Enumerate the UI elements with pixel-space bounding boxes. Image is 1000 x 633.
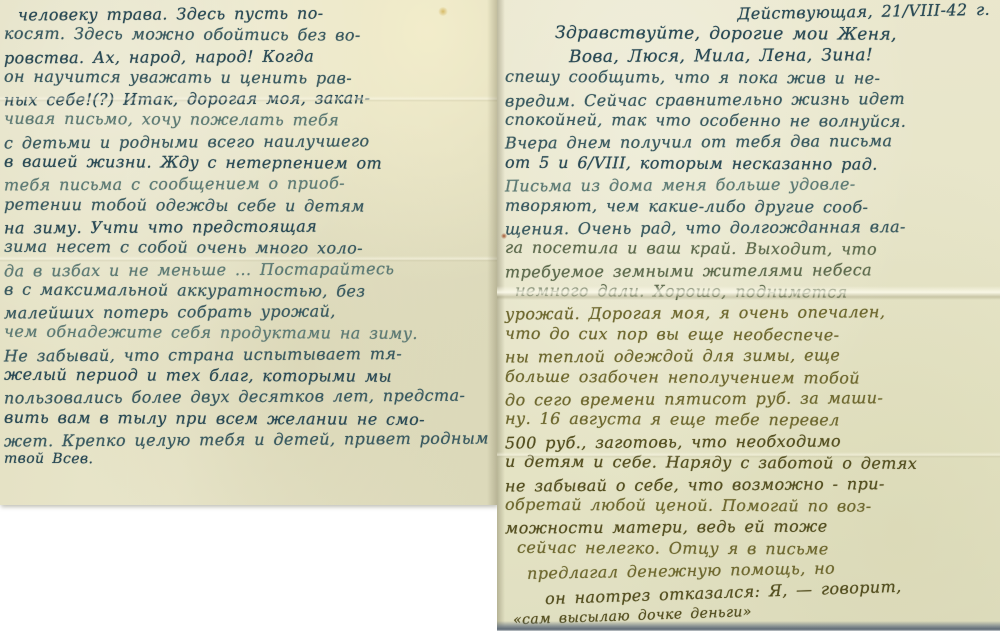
letter-line: Вова, Люся, Мила, Лена, Зина! <box>505 44 996 68</box>
right-page-text: Действующая, 21/VIII-42 г.Здравствуйте, … <box>497 0 1000 623</box>
left-page-text: человеку трава. Здесь пусть по-косят. Зд… <box>0 0 497 472</box>
letter-line: урожай. Дорогая моя, я очень опечален, <box>505 301 996 325</box>
letter-line: ны теплой одеждой для зимы, еще <box>505 344 996 368</box>
letter-line: можности матери, ведь ей тоже <box>505 515 996 539</box>
letter-line: жет. Крепко целую тебя и детей, привет р… <box>4 427 495 451</box>
letter-left-page: человеку трава. Здесь пусть по-косят. Зд… <box>0 0 497 505</box>
letter-line: 500 руб., заготовь, что необходимо <box>505 429 996 453</box>
letter-line: вредим. Сейчас сравнительно жизнь идет <box>505 87 996 111</box>
letter-line: тебя письма с сообщением о приоб- <box>4 172 495 196</box>
letter-line: чивая письмо, хочу пожелать тебя <box>4 108 495 132</box>
paper-stain <box>501 233 507 239</box>
letter-line: в с максимальной аккуратностью, без <box>4 279 495 303</box>
paper-crease <box>0 96 497 102</box>
letter-line: пользовались более двух десятков лет, пр… <box>4 385 495 409</box>
letter-line: спешу сообщить, что я пока жив и не- <box>505 66 996 90</box>
letter-line: га посетила и ваш край. Выходит, что <box>505 237 996 261</box>
letter-line: твой Всев. <box>4 449 495 473</box>
letter-line: Не забывай, что страна испытывает тя- <box>4 342 495 366</box>
fold-crease <box>497 286 1000 300</box>
letter-line: с детьми и родными всего наилучшего <box>4 129 495 153</box>
letter-scan: человеку трава. Здесь пусть по-косят. Зд… <box>0 0 1000 633</box>
letter-line: творяют, чем какие-либо другие сооб- <box>505 194 996 218</box>
letter-line: Здравствуйте, дорогие мои Женя, <box>505 23 996 47</box>
letter-line: ровства. Ах, народ, народ! Когда <box>4 44 495 68</box>
left-page-wrap: человеку трава. Здесь пусть по-косят. Зд… <box>0 0 497 505</box>
letter-line: чем обнадежите себя продуктами на зиму. <box>4 321 495 345</box>
letter-line: что до сих пор вы еще необеспече- <box>505 323 996 347</box>
letter-line: больше озабочен неполучением тобой <box>505 365 996 389</box>
letter-line: ретении тобой одежды себе и детям <box>4 193 495 217</box>
letter-line: вить вам в тылу при всем желании не смо- <box>4 406 495 430</box>
letter-line: требуемое земными жителями небеса <box>505 258 996 282</box>
letter-line: ну. 16 августа я еще тебе перевел <box>505 408 996 432</box>
letter-line: он научится уважать и ценить рав- <box>4 66 495 90</box>
paper-stain <box>438 7 448 16</box>
letter-line: Письма из дома меня больше удовле- <box>505 173 996 197</box>
paper-crease <box>0 256 497 262</box>
letter-line: Вчера днем получил от тебя два письма <box>505 130 996 154</box>
paper-crease <box>497 452 1000 458</box>
page-edge-shadow <box>497 621 1000 631</box>
letter-right-page: Действующая, 21/VIII-42 г.Здравствуйте, … <box>497 0 1000 631</box>
letter-line: не забывай о себе, что возможно - при- <box>505 472 996 496</box>
letter-line: косят. Здесь можно обойтись без во- <box>4 23 495 47</box>
letter-line: от 5 и 6/VIII, которым несказанно рад. <box>505 151 996 175</box>
